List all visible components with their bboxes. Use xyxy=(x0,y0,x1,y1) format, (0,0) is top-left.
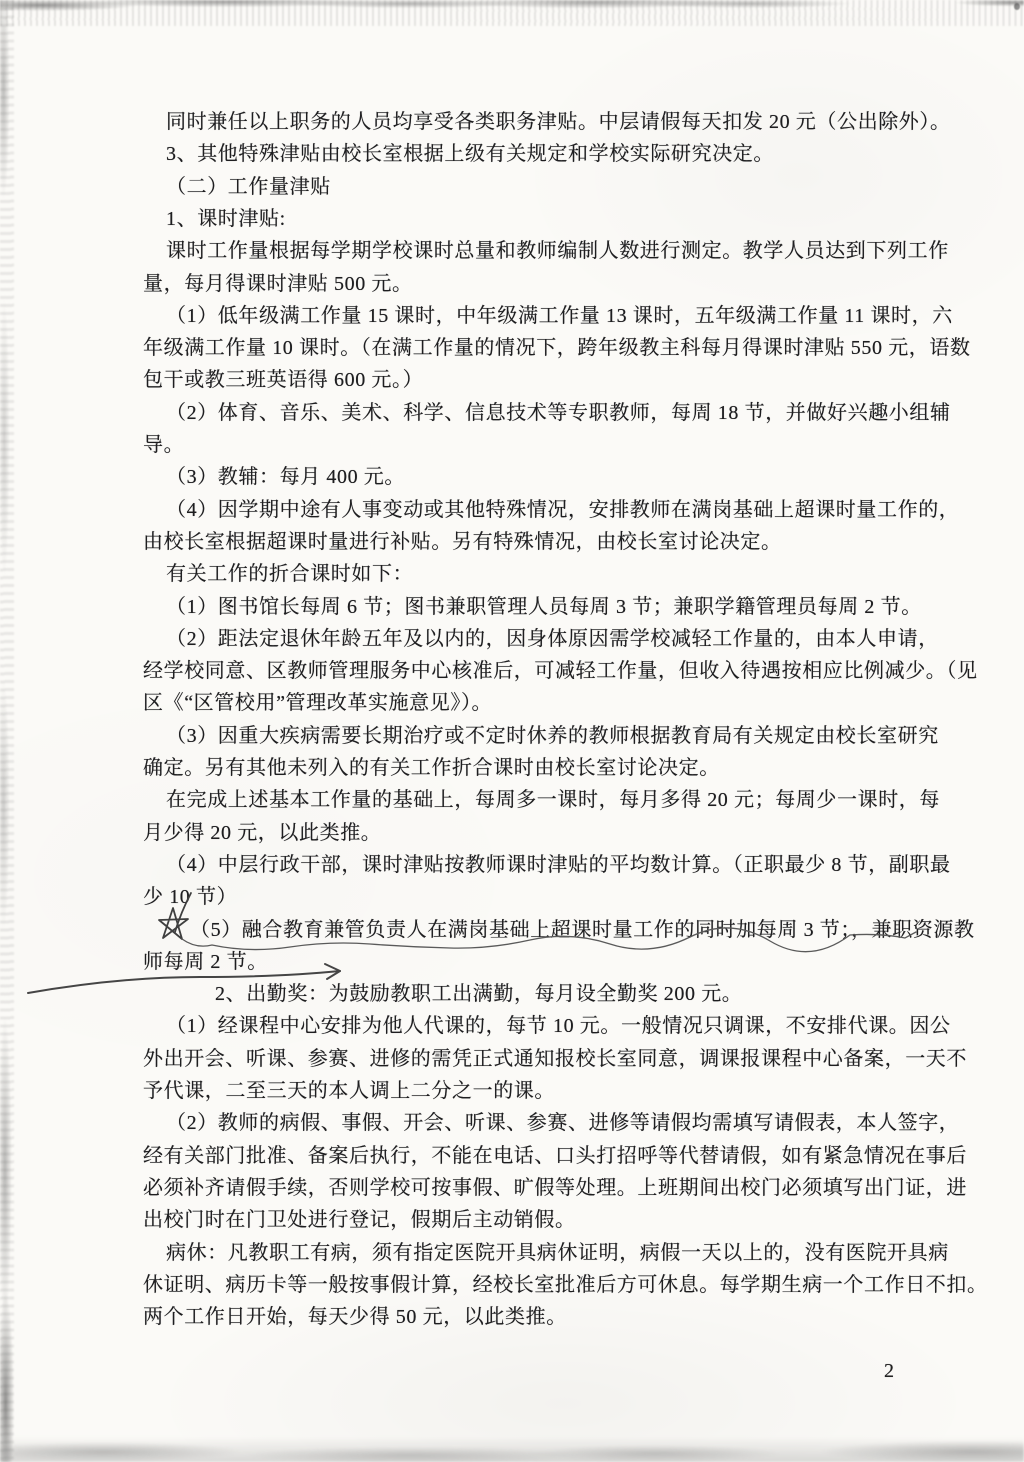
text-line: （2）距法定退休年龄五年及以内的，因身体原因需学校减轻工作量的，由本人申请， xyxy=(166,623,939,656)
text-line: 师每周 2 节。 xyxy=(143,946,268,979)
text-line: 经有关部门批准、备案后执行，不能在电话、口头打招呼等代替请假，如有紧急情况在事后 xyxy=(143,1140,967,1173)
text-line: 区《“区管校用”管理改革实施意见》）。 xyxy=(143,687,492,720)
text-line: （5）融合教育兼管负责人在满岗基础上超课时量工作的同时加每周 3 节；，兼职资源… xyxy=(190,914,975,947)
text-line: 少 10 节） xyxy=(143,881,237,914)
text-line: （1）经课程中心安排为他人代课的，每节 10 元。一般情况只调课，不安排代课。因… xyxy=(166,1010,951,1043)
text-line: 量，每月得课时津贴 500 元。 xyxy=(143,268,413,301)
text-line: 外出开会、听课、参赛、进修的需凭正式通知报校长室同意，调课报课程中心备案，一天不 xyxy=(143,1043,967,1076)
text-line: （3）因重大疾病需要长期治疗或不定时休养的教师根据教育局有关规定由校长室研究 xyxy=(166,720,939,753)
text-line: 出校门时在门卫处进行登记，假期后主动销假。 xyxy=(143,1204,576,1237)
text-line: （2）体育、音乐、美术、科学、信息技术等专职教师，每周 18 节，并做好兴趣小组… xyxy=(166,397,951,430)
document-body: 同时兼任以上职务的人员均享受各类职务津贴。中层请假每天扣发 20 元（公出除外）… xyxy=(0,0,1024,1462)
text-line: （1）低年级满工作量 15 课时，中年级满工作量 13 课时，五年级满工作量 1… xyxy=(166,300,953,333)
text-line: 2、出勤奖：为鼓励教职工出满勤，每月设全勤奖 200 元。 xyxy=(215,978,742,1011)
text-line: 月少得 20 元，以此类推。 xyxy=(143,817,381,850)
text-line: 年级满工作量 10 课时。（在满工作量的情况下，跨年级教主科每月得课时津贴 55… xyxy=(143,332,971,365)
text-line: （二）工作量津贴 xyxy=(166,171,331,204)
page-number: 2 xyxy=(884,1360,894,1383)
text-line: 两个工作日开始，每天少得 50 元，以此类推。 xyxy=(143,1301,567,1334)
text-line: 确定。另有其他未列入的有关工作折合课时由校长室讨论决定。 xyxy=(143,752,720,785)
text-line: 有关工作的折合课时如下： xyxy=(166,558,413,591)
text-line: 导。 xyxy=(143,429,184,462)
scanned-document-page: 同时兼任以上职务的人员均享受各类职务津贴。中层请假每天扣发 20 元（公出除外）… xyxy=(0,0,1024,1462)
text-line: （4）中层行政干部，课时津贴按教师课时津贴的平均数计算。（正职最少 8 节，副职… xyxy=(166,849,951,882)
text-line: 休证明、病历卡等一般按事假计算，经校长室批准后方可休息。每学期生病一个工作日不扣… xyxy=(143,1269,988,1302)
text-line: 予代课，二至三天的本人调上二分之一的课。 xyxy=(143,1075,555,1108)
text-line: 1、课时津贴: xyxy=(166,203,286,236)
text-line: 经学校同意、区教师管理服务中心核准后，可减轻工作量，但收入待遇按相应比例减少。（… xyxy=(143,655,978,688)
text-line: 由校长室根据超课时量进行补贴。另有特殊情况，由校长室讨论决定。 xyxy=(143,526,782,559)
text-line: 包干或教三班英语得 600 元。） xyxy=(143,364,423,397)
text-line: 3、其他特殊津贴由校长室根据上级有关规定和学校实际研究决定。 xyxy=(166,138,774,171)
text-line: （3）教辅：每月 400 元。 xyxy=(166,461,405,494)
text-line: （4）因学期中途有人事变动或其他特殊情况，安排教师在满岗基础上超课时量工作的， xyxy=(166,494,959,527)
text-line: 必须补齐请假手续，否则学校可按事假、旷假等处理。上班期间出校门必须填写出门证，进 xyxy=(143,1172,967,1205)
text-line: （1）图书馆长每周 6 节；图书兼职管理人员每周 3 节；兼职学籍管理员每周 2… xyxy=(166,591,922,624)
text-line: 病休：凡教职工有病，须有指定医院开具病休证明，病假一天以上的，没有医院开具病 xyxy=(166,1237,949,1270)
text-line: 课时工作量根据每学期学校课时总量和教师编制人数进行测定。教学人员达到下列工作 xyxy=(166,235,949,268)
text-line: （2）教师的病假、事假、开会、听课、参赛、进修等请假均需填写请假表，本人签字， xyxy=(166,1107,959,1140)
text-line: 在完成上述基本工作量的基础上，每周多一课时，每月多得 20 元；每周少一课时，每 xyxy=(166,784,940,817)
text-line: 同时兼任以上职务的人员均享受各类职务津贴。中层请假每天扣发 20 元（公出除外）… xyxy=(166,106,951,139)
